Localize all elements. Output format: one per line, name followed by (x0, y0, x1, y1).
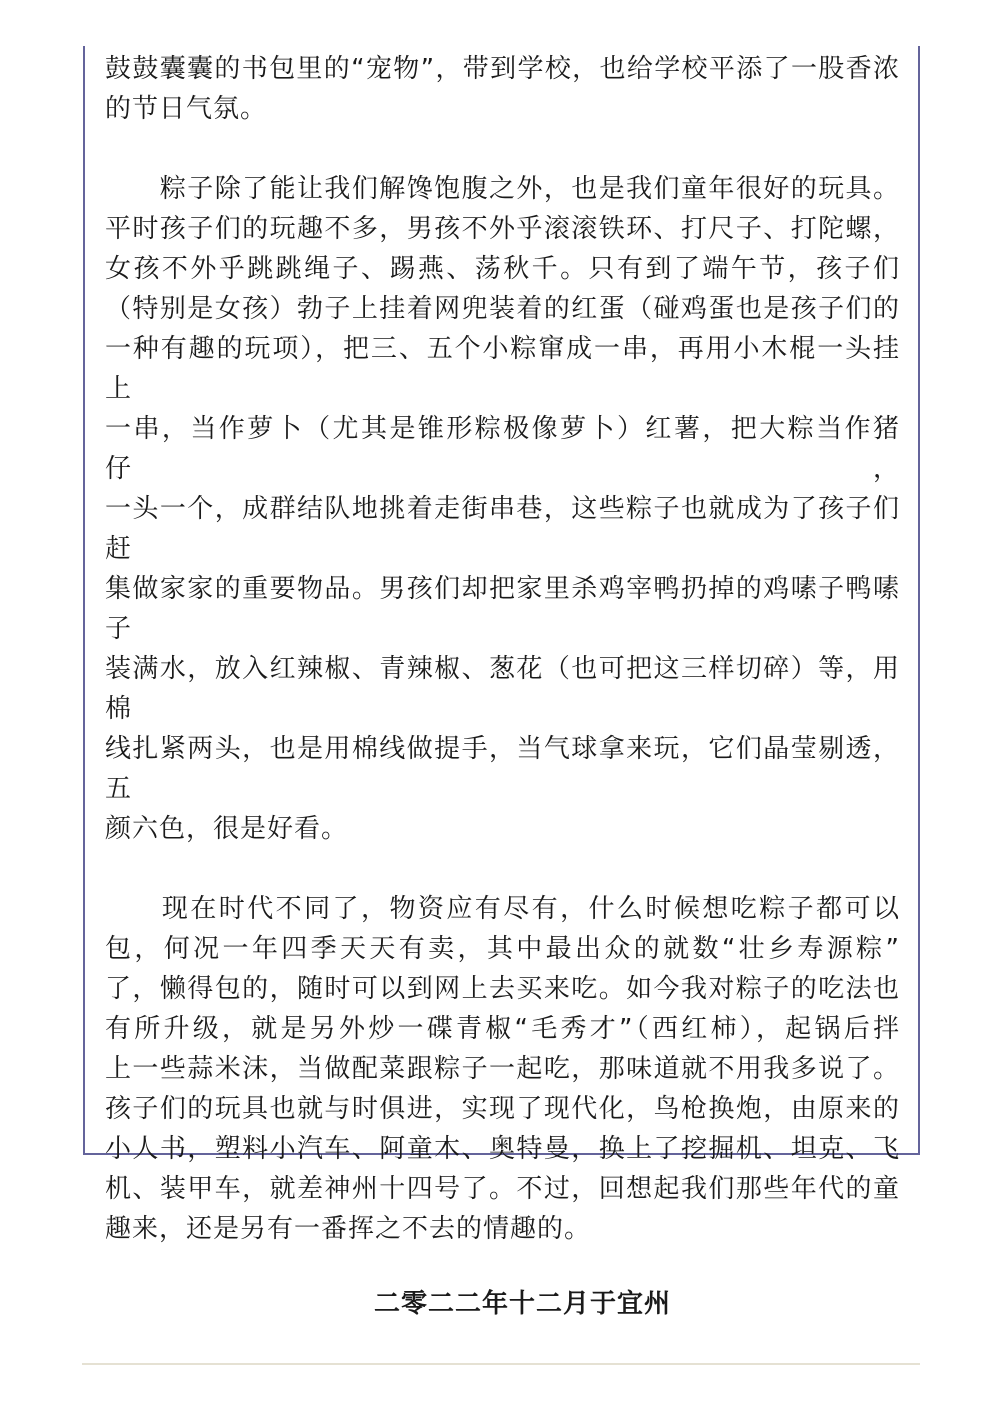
text-line: 颜六色，很是好看。 (105, 809, 900, 849)
text-line: 孩子们的玩具也就与时俱进，实现了现代化，鸟枪换炮，由原来的 (105, 1089, 900, 1129)
text-line: 现在时代不同了，物资应有尽有，什么时候想吃粽子都可以 (105, 889, 900, 929)
bordered-text-frame: 鼓鼓囊囊的书包里的“宠物”，带到学校，也给学校平添了一股香浓的节日气氛。 粽子除… (83, 46, 920, 1155)
page-bottom-divider (82, 1363, 920, 1365)
paragraph: 粽子除了能让我们解馋饱腹之外，也是我们童年很好的玩具。平时孩子们的玩趣不多，男孩… (105, 169, 900, 849)
text-line: 粽子除了能让我们解馋饱腹之外，也是我们童年很好的玩具。 (105, 169, 900, 209)
text-line: （特别是女孩）勃子上挂着网兜装着的红蛋（碰鸡蛋也是孩子们的 (105, 289, 900, 329)
text-line: 了，懒得包的，随时可以到网上去买来吃。如今我对粽子的吃法也 (105, 969, 900, 1009)
paragraph: 鼓鼓囊囊的书包里的“宠物”，带到学校，也给学校平添了一股香浓的节日气氛。 (105, 49, 900, 129)
text-line: 包，何况一年四季天天有卖，其中最出众的就数“壮乡寿源粽” (105, 929, 900, 969)
text-line: 机、装甲车，就差神州十四号了。不过，回想起我们那些年代的童 (105, 1169, 900, 1209)
text-line: 集做家家的重要物品。男孩们却把家里杀鸡宰鸭扔掉的鸡嗉子鸭嗉子 (105, 569, 900, 649)
text-line: 一种有趣的玩项），把三、五个小粽窜成一串，再用小木棍一头挂上 (105, 329, 900, 409)
text-line: 女孩不外乎跳跳绳子、踢燕、荡秋千。只有到了端午节，孩子们 (105, 249, 900, 289)
text-line: 线扎紧两头，也是用棉线做提手，当气球拿来玩，它们晶莹剔透，五 (105, 729, 900, 809)
text-line: 上一些蒜米沫，当做配菜跟粽子一起吃，那味道就不用我多说了。 (105, 1049, 900, 1089)
text-line: 趣来，还是另有一番挥之不去的情趣的。 (105, 1209, 900, 1249)
text-line: 一头一个，成群结队地挑着走街串巷，这些粽子也就成为了孩子们赶 (105, 489, 900, 569)
signoff-date: 二零二二年十二月于宜州 (145, 1284, 900, 1324)
text-line: 有所升级，就是另外炒一碟青椒“毛秀才”（西红柿），起锅后拌 (105, 1009, 900, 1049)
paragraph: 现在时代不同了，物资应有尽有，什么时候想吃粽子都可以包，何况一年四季天天有卖，其… (105, 889, 900, 1249)
text-line: 鼓鼓囊囊的书包里的“宠物”，带到学校，也给学校平添了一股香浓 (105, 49, 900, 89)
body-text: 鼓鼓囊囊的书包里的“宠物”，带到学校，也给学校平添了一股香浓的节日气氛。 粽子除… (105, 49, 900, 1249)
text-line: 小人书，塑料小汽车、阿童木、奥特曼，换上了挖掘机、坦克、飞 (105, 1129, 900, 1169)
document-page: 鼓鼓囊囊的书包里的“宠物”，带到学校，也给学校平添了一股香浓的节日气氛。 粽子除… (0, 0, 1000, 1414)
text-line: 装满水，放入红辣椒、青辣椒、葱花（也可把这三样切碎）等，用棉 (105, 649, 900, 729)
text-line: 一串，当作萝卜（尤其是锥形粽极像萝卜）红薯，把大粽当作猪仔， (105, 409, 900, 489)
text-line: 平时孩子们的玩趣不多，男孩不外乎滚滚铁环、打尺子、打陀螺， (105, 209, 900, 249)
text-line: 的节日气氛。 (105, 89, 900, 129)
